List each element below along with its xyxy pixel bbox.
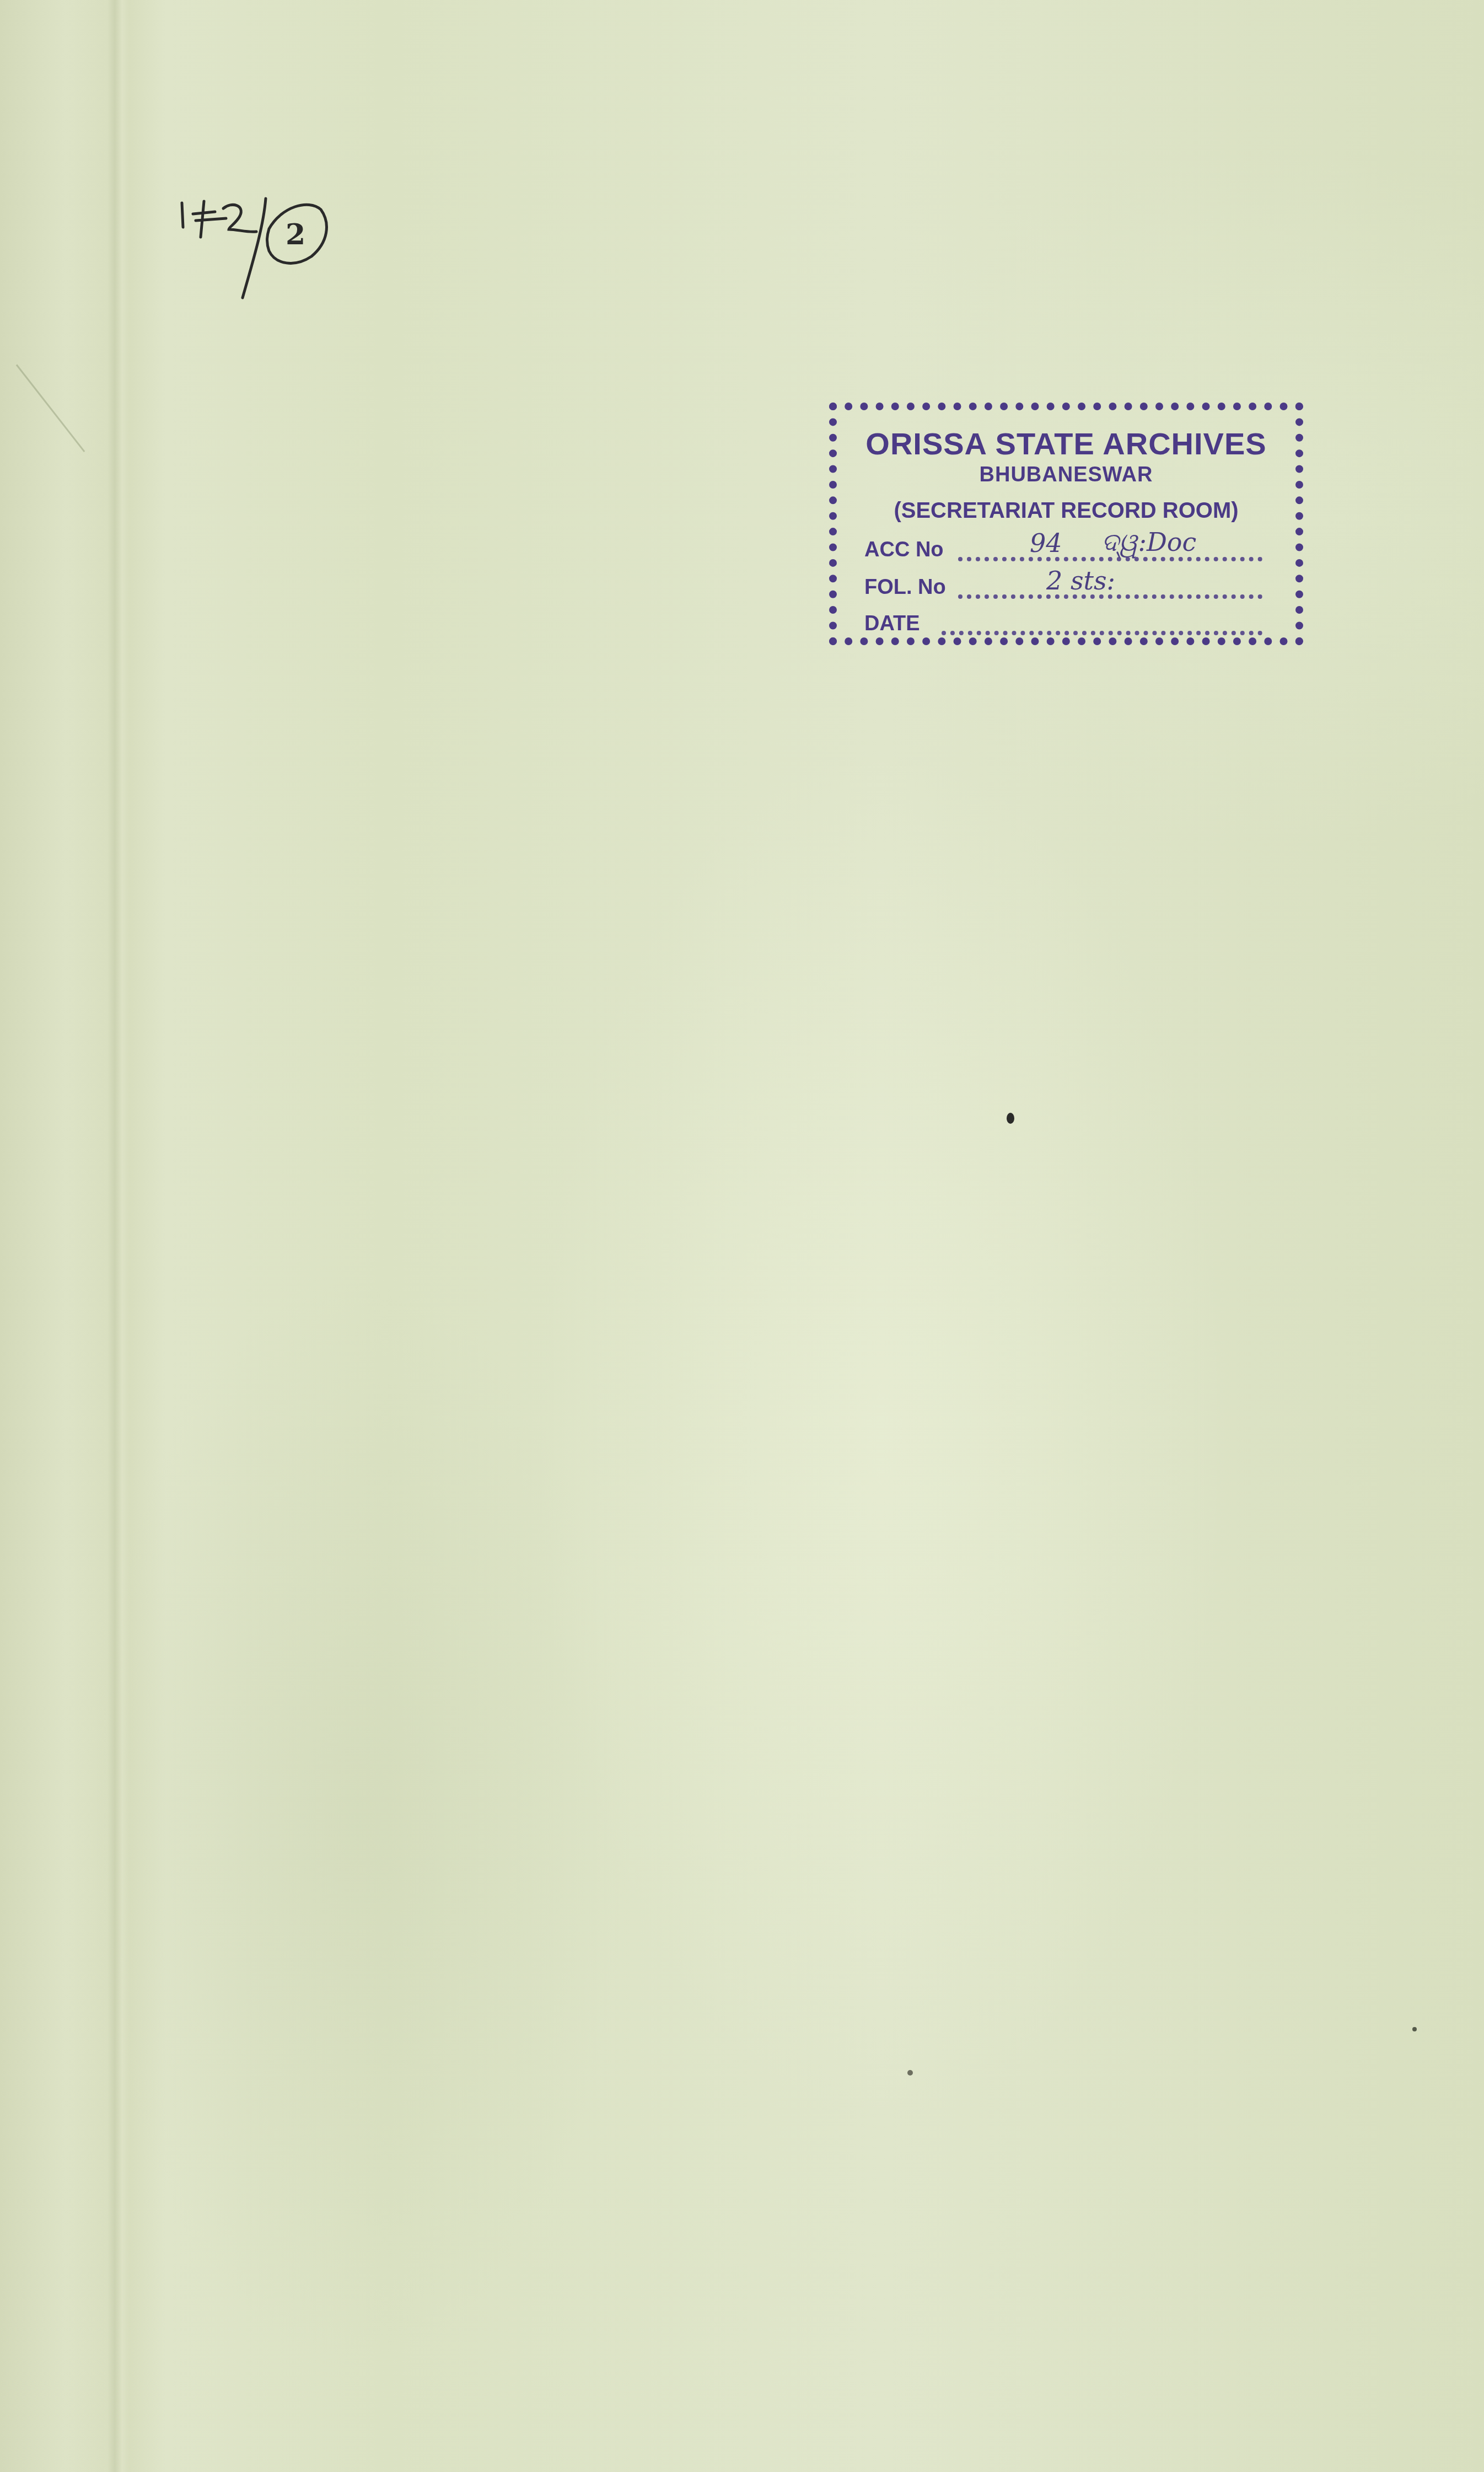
stamp-room: (SECRETARIAT RECORD ROOM) (837, 498, 1295, 523)
paper-speck (1412, 2027, 1417, 2031)
circled-number: 2 (286, 218, 305, 251)
paper-background (0, 0, 1484, 2472)
acc-no-field: ACC No 94 ଦ୍ୱ:Doc (864, 538, 1273, 566)
stamp-city: BHUBANESWAR (837, 463, 1295, 487)
fol-no-field: FOL. No 2 sts: (864, 576, 1273, 603)
dotted-line (942, 631, 1262, 635)
paper-speck (1007, 1113, 1014, 1124)
paper-speck (907, 2070, 913, 2076)
fol-no-value: 2 sts: (1046, 566, 1115, 596)
date-field: DATE (864, 612, 1273, 640)
fol-no-label: FOL. No (864, 576, 946, 599)
archives-stamp: ORISSA STATE ARCHIVES BHUBANESWAR (SECRE… (829, 403, 1303, 645)
stamp-title: ORISSA STATE ARCHIVES (837, 426, 1295, 462)
acc-no-extra: ଦ୍ୱ:Doc (1101, 527, 1196, 558)
paper-fold (107, 0, 130, 2472)
acc-no-value: 94 (1030, 528, 1062, 558)
handwritten-file-number: 172/ 2 (171, 176, 336, 314)
date-label: DATE (864, 612, 920, 635)
acc-no-label: ACC No (864, 538, 944, 561)
